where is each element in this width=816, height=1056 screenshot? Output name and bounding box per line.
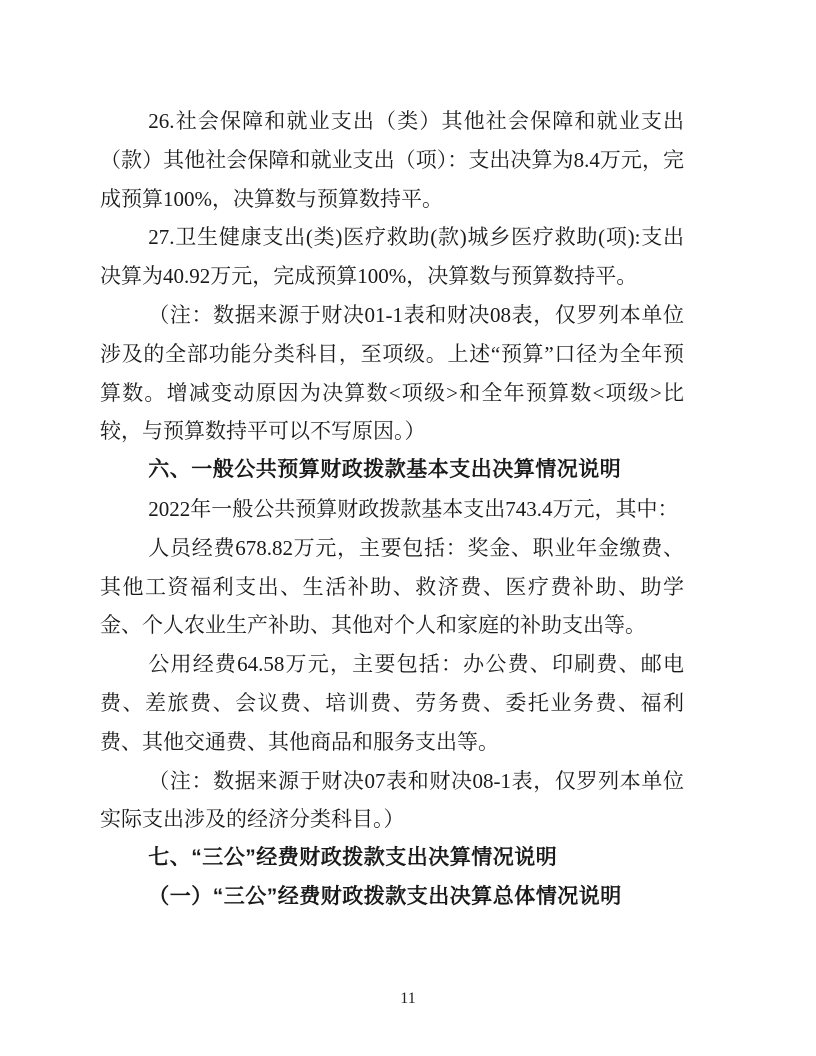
- paragraph: 公用经费64.58万元，主要包括：办公费、印刷费、邮电费、差旅费、会议费、培训费…: [100, 645, 684, 761]
- paragraph: （注：数据来源于财决07表和财决08-1表，仅罗列本单位实际支出涉及的经济分类科…: [100, 762, 684, 840]
- paragraph: 26.社会保障和就业支出（类）其他社会保障和就业支出（款）其他社会保障和就业支出…: [100, 102, 684, 218]
- document-body: 26.社会保障和就业支出（类）其他社会保障和就业支出（款）其他社会保障和就业支出…: [100, 102, 684, 917]
- paragraph: 27.卫生健康支出(类)医疗救助(款)城乡医疗救助(项):支出决算为40.92万…: [100, 218, 684, 296]
- paragraph: 2022年一般公共预算财政拨款基本支出743.4万元，其中：: [100, 490, 684, 529]
- page-number: 11: [0, 990, 816, 1008]
- section-heading: （一）“三公”经费财政拨款支出决算总体情况说明: [100, 878, 684, 917]
- section-heading: 六、一般公共预算财政拨款基本支出决算情况说明: [100, 451, 684, 490]
- paragraph: （注：数据来源于财决01-1表和财决08表，仅罗列本单位涉及的全部功能分类科目，…: [100, 296, 684, 451]
- section-heading: 七、“三公”经费财政拨款支出决算情况说明: [100, 839, 684, 878]
- document-page: 26.社会保障和就业支出（类）其他社会保障和就业支出（款）其他社会保障和就业支出…: [0, 0, 816, 1056]
- paragraph: 人员经费678.82万元，主要包括：奖金、职业年金缴费、其他工资福利支出、生活补…: [100, 529, 684, 645]
